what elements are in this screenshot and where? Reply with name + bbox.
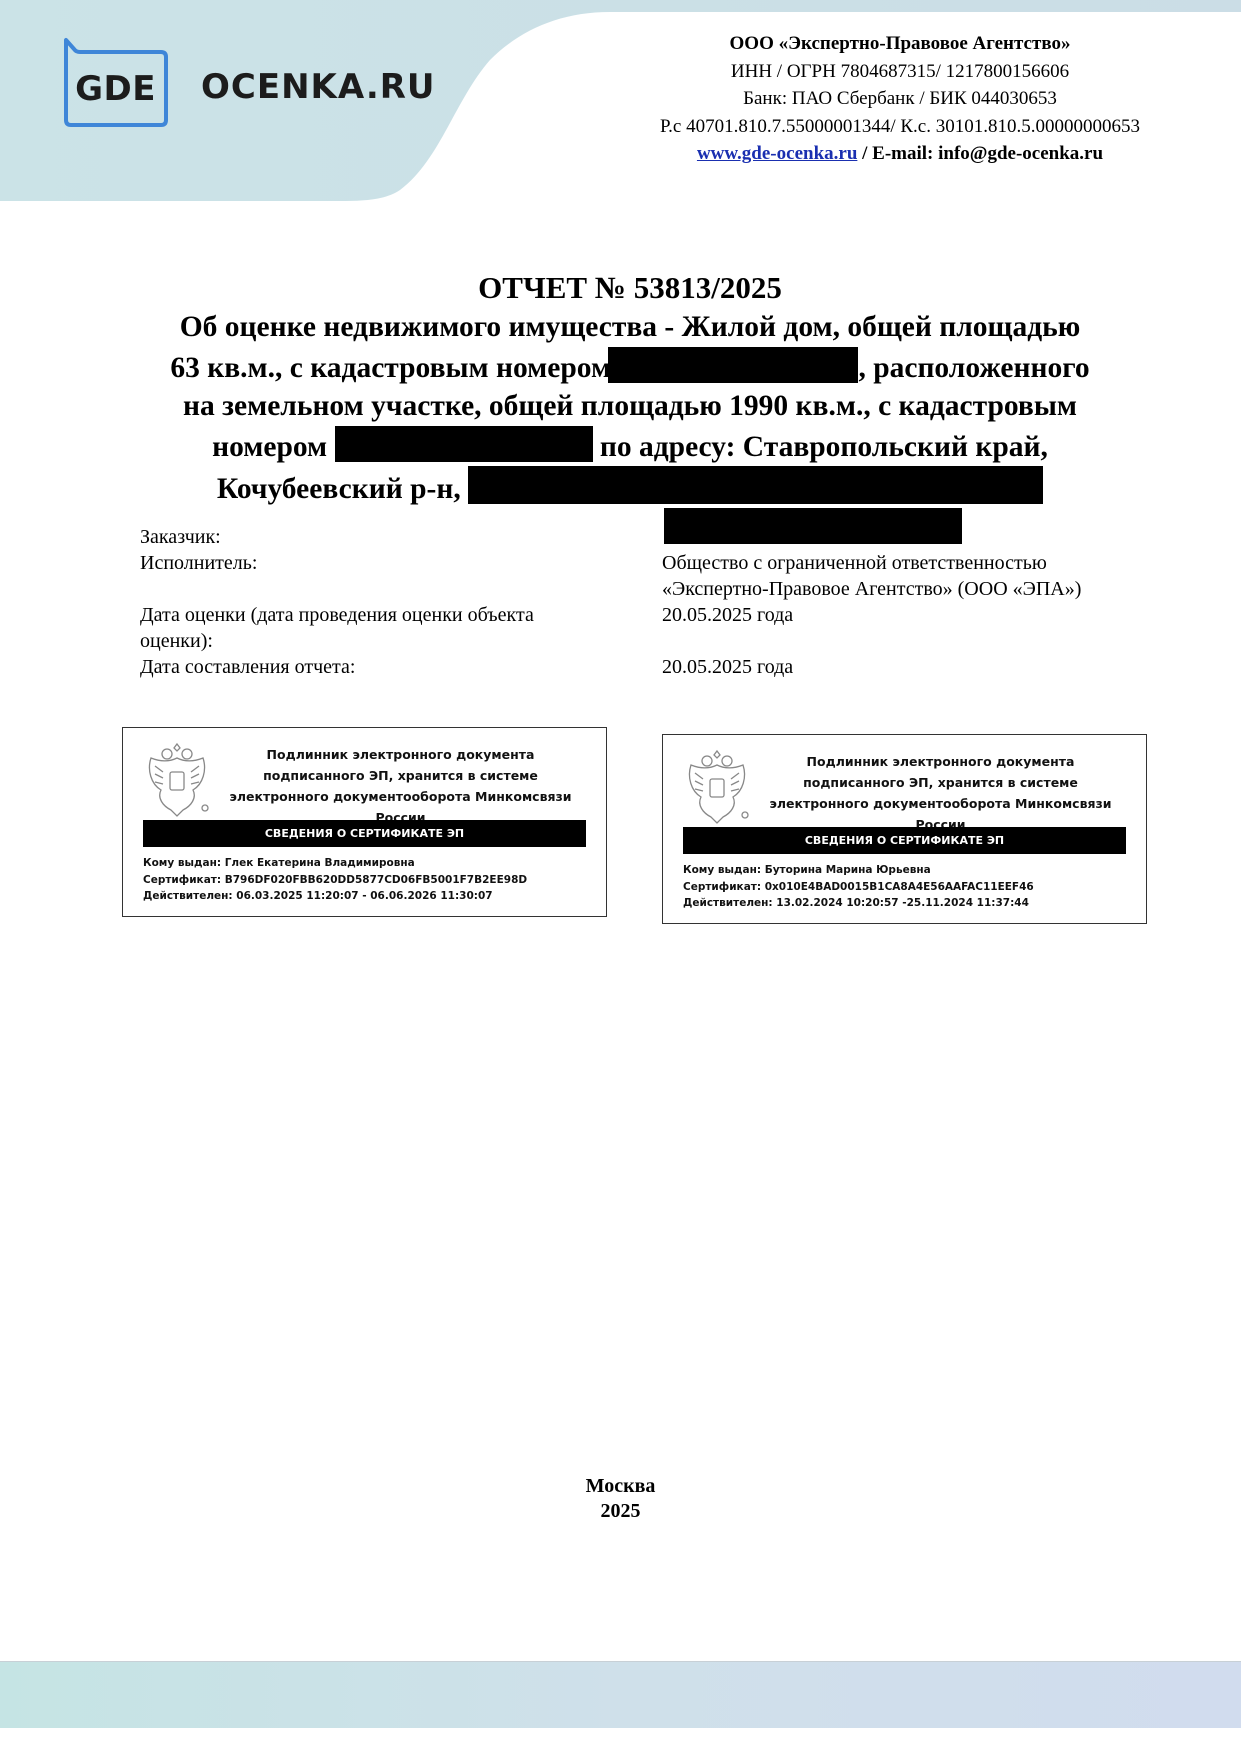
report-subject: Об оценке недвижимого имущества - Жилой …: [110, 308, 1150, 509]
certificate-heading: Подлинник электронного документа подписа…: [203, 744, 598, 828]
company-bank: Банк: ПАО Сбербанк / БИК 044030653: [590, 85, 1210, 113]
report-place-year: Москва 2025: [0, 1474, 1241, 1524]
logo-gde-text: GDE: [62, 69, 169, 109]
report-info-table: Заказчик: Исполнитель: Общество с ограни…: [140, 524, 1160, 680]
executor-value: Общество с ограниченной ответственностью…: [662, 550, 1160, 602]
report-number: ОТЧЕТ № 53813/2025: [110, 268, 1150, 308]
info-row-valuation-date: Дата оценки (дата проведения оценки объе…: [140, 602, 1160, 654]
info-row-customer: Заказчик:: [140, 524, 1160, 550]
subject-line-4: номером по адресу: Ставропольский край,: [110, 426, 1150, 467]
certificate-serial: Сертификат: 0x010E4BAD0015B1CA8A4E56AAFA…: [683, 879, 1034, 896]
report-city: Москва: [0, 1474, 1241, 1499]
certificate-validity: Действителен: 06.03.2025 11:20:07 - 06.0…: [143, 888, 527, 905]
subject-line-4-a: номером: [212, 431, 334, 463]
valuation-date-label: Дата оценки (дата проведения оценки объе…: [140, 602, 662, 654]
valuation-date-label-line-1: Дата оценки (дата проведения оценки объе…: [140, 602, 662, 628]
info-row-executor: Исполнитель: Общество с ограниченной отв…: [140, 550, 1160, 602]
redacted-cadastral-number-land: [335, 426, 593, 462]
certificate-info-bar: СВЕДЕНИЯ О СЕРТИФИКАТЕ ЭП: [143, 820, 586, 847]
certificate-serial: Сертификат: B796DF020FBB620DD5877CD06FB5…: [143, 872, 527, 889]
report-date-value: 20.05.2025 года: [662, 654, 1160, 680]
redacted-cadastral-number-house: [608, 347, 858, 383]
subject-line-4-b: по адресу: Ставропольский край,: [593, 431, 1048, 463]
company-logo: GDE OCENKA.RU: [62, 36, 436, 129]
signature-certificate-stamp-2: Подлинник электронного документа подписа…: [662, 734, 1147, 924]
company-name: ООО «Экспертно-Правовое Агентство»: [590, 30, 1210, 58]
customer-value: [662, 524, 1160, 550]
footer-band: [0, 1661, 1241, 1728]
certificate-details: Кому выдан: Глек Екатерина Владимировна …: [143, 855, 527, 905]
executor-value-line-1: Общество с ограниченной ответственностью: [662, 550, 1160, 576]
speech-bubble-icon: GDE: [62, 36, 169, 129]
certificate-validity: Действителен: 13.02.2024 10:20:57 -25.11…: [683, 895, 1034, 912]
report-year: 2025: [0, 1499, 1241, 1524]
subject-line-5: Кочубеевский р-н,: [110, 466, 1150, 509]
valuation-date-value: 20.05.2025 года: [662, 602, 1160, 654]
certificate-issued-to: Кому выдан: Глек Екатерина Владимировна: [143, 855, 527, 872]
customer-label: Заказчик:: [140, 524, 662, 550]
company-email: / E-mail: info@gde-ocenka.ru: [857, 143, 1103, 164]
logo-brand-text: OCENKA.RU: [201, 67, 436, 107]
certificate-heading-line-1: Подлинник электронного документа: [743, 751, 1138, 772]
certificate-heading-line-2: подписанного ЭП, хранится в системе: [743, 772, 1138, 793]
subject-line-2: 63 кв.м., с кадастровым номером , распол…: [110, 347, 1150, 388]
signature-certificate-stamp-1: Подлинник электронного документа подписа…: [122, 727, 607, 917]
executor-label: Исполнитель:: [140, 550, 662, 602]
website-link[interactable]: www.gde-ocenka.ru: [697, 143, 857, 164]
certificate-info-bar: СВЕДЕНИЯ О СЕРТИФИКАТЕ ЭП: [683, 827, 1126, 854]
subject-line-3: на земельном участке, общей площадью 199…: [110, 387, 1150, 426]
company-details: ООО «Экспертно-Правовое Агентство» ИНН /…: [590, 30, 1210, 168]
info-row-report-date: Дата составления отчета: 20.05.2025 года: [140, 654, 1160, 680]
report-date-label: Дата составления отчета:: [140, 654, 662, 680]
report-title-block: ОТЧЕТ № 53813/2025 Об оценке недвижимого…: [110, 268, 1150, 509]
valuation-date-label-line-2: оценки):: [140, 628, 662, 654]
company-accounts: Р.с 40701.810.7.55000001344/ К.с. 30101.…: [590, 113, 1210, 141]
subject-line-2-a: 63 кв.м., с кадастровым номером: [170, 352, 618, 384]
certificate-heading-line-1: Подлинник электронного документа: [203, 744, 598, 765]
executor-value-line-2: «Экспертно-Правовое Агентство» (ООО «ЭПА…: [662, 576, 1160, 602]
subject-line-2-b: , расположенного: [858, 352, 1089, 384]
subject-line-1: Об оценке недвижимого имущества - Жилой …: [110, 308, 1150, 347]
certificate-details: Кому выдан: Буторина Марина Юрьевна Серт…: [683, 862, 1034, 912]
certificate-issued-to: Кому выдан: Буторина Марина Юрьевна: [683, 862, 1034, 879]
certificate-heading: Подлинник электронного документа подписа…: [743, 751, 1138, 835]
redacted-customer: [664, 508, 962, 544]
company-inn-ogrn: ИНН / ОГРН 7804687315/ 1217800156606: [590, 58, 1210, 86]
subject-line-5-a: Кочубеевский р-н,: [217, 473, 468, 505]
certificate-heading-line-2: подписанного ЭП, хранится в системе: [203, 765, 598, 786]
redacted-address: [468, 466, 1043, 504]
